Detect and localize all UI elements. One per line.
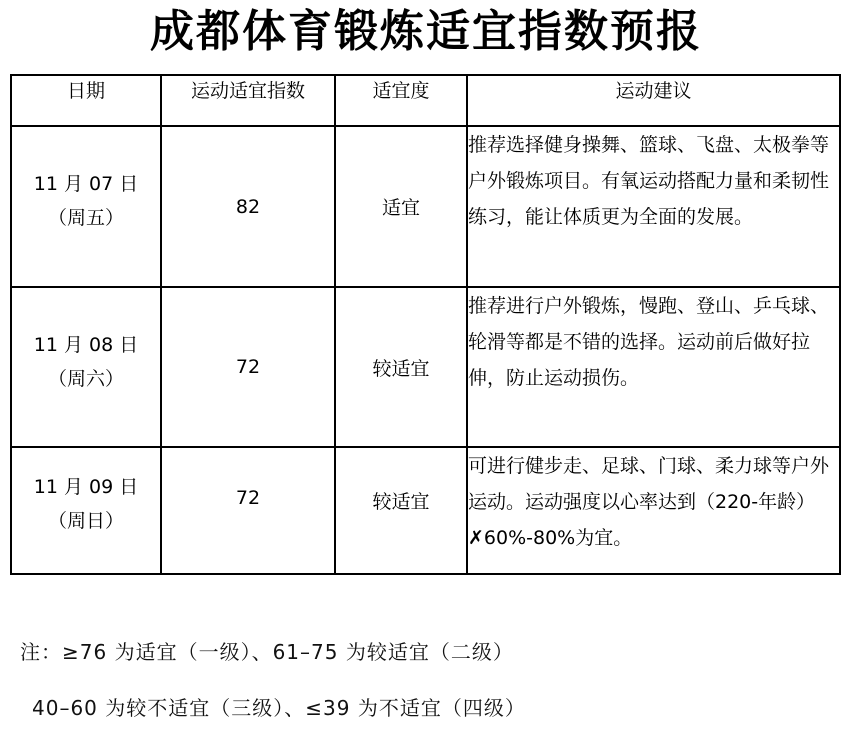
note-line-1: 注：≥76 为适宜（一级）、61–75 为较适宜（二级） — [20, 636, 514, 665]
level-cell: 适宜 — [335, 126, 467, 287]
table-row: 11 月 07 日 （周五） 82 适宜 推荐选择健身操舞、篮球、飞盘、太极拳等… — [11, 126, 840, 287]
note-line-2: 40–60 为较不适宜（三级）、≤39 为不适宜（四级） — [32, 692, 526, 721]
suggestion-cell: 推荐选择健身操舞、篮球、飞盘、太极拳等户外锻炼项目。有氧运动搭配力量和柔韧性练习… — [467, 126, 840, 287]
weekday-text: （周五） — [12, 201, 160, 235]
header-level: 适宜度 — [335, 75, 467, 126]
table-row: 11 月 09 日 （周日） 72 较适宜 可进行健步走、足球、门球、柔力球等户… — [11, 447, 840, 574]
date-text: 11 月 08 日 — [12, 328, 160, 362]
date-text: 11 月 07 日 — [12, 167, 160, 201]
suggestion-cell: 可进行健步走、足球、门球、柔力球等户外运动。运动强度以心率达到（220-年龄）✗… — [467, 447, 840, 574]
level-cell: 较适宜 — [335, 447, 467, 574]
table-row: 11 月 08 日 （周六） 72 较适宜 推荐进行户外锻炼，慢跑、登山、乒乓球… — [11, 287, 840, 447]
header-suggestion: 运动建议 — [467, 75, 840, 126]
header-date: 日期 — [11, 75, 161, 126]
weekday-text: （周日） — [12, 504, 160, 538]
header-index: 运动适宜指数 — [161, 75, 335, 126]
table-header-row: 日期 运动适宜指数 适宜度 运动建议 — [11, 75, 840, 126]
level-cell: 较适宜 — [335, 287, 467, 447]
weekday-text: （周六） — [12, 362, 160, 396]
date-text: 11 月 09 日 — [12, 470, 160, 504]
index-text: 72 — [162, 448, 334, 509]
date-cell: 11 月 09 日 （周日） — [11, 447, 161, 574]
level-text: 较适宜 — [336, 448, 466, 514]
index-cell: 72 — [161, 287, 335, 447]
date-cell: 11 月 07 日 （周五） — [11, 126, 161, 287]
index-cell: 72 — [161, 447, 335, 574]
suggestion-cell: 推荐进行户外锻炼，慢跑、登山、乒乓球、轮滑等都是不错的选择。运动前后做好拉伸，防… — [467, 287, 840, 447]
date-cell: 11 月 08 日 （周六） — [11, 287, 161, 447]
page-title: 成都体育锻炼适宜指数预报 — [0, 2, 852, 62]
forecast-table: 日期 运动适宜指数 适宜度 运动建议 11 月 07 日 （周五） 82 适宜 … — [10, 74, 841, 575]
index-cell: 82 — [161, 126, 335, 287]
